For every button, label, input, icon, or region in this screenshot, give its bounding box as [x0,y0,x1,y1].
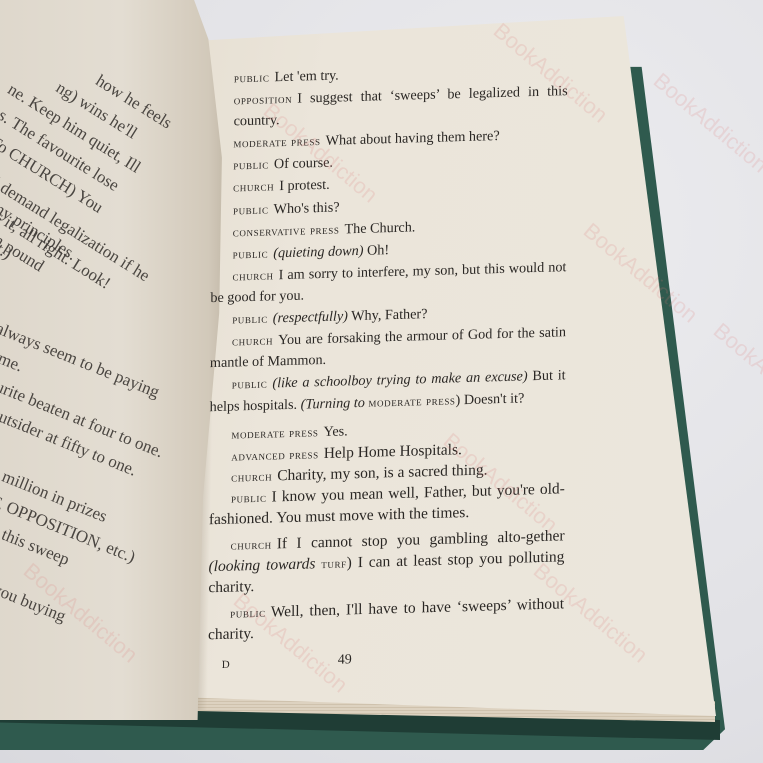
speaker-label: CHURCH [231,468,272,484]
speaker-label: CHURCH [233,179,274,195]
dialogue-text: Oh! [367,242,389,259]
speaker-label: CHURCH [231,536,272,552]
speaker-label: MODERATE PRESS [231,424,318,441]
speaker-label: PUBLIC [232,376,268,392]
stage-direction: (respectfully) [273,308,348,326]
paren: ) [456,393,461,409]
speaker-label: CHURCH [232,267,273,283]
speaker-label: PUBLIC [232,311,268,327]
speaker-label: PUBLIC [231,489,267,505]
stage-direction: (like a schoolboy trying to make an excu… [272,369,527,392]
paren: ) [347,554,352,571]
dialogue-text: I protest. [279,177,330,194]
stage-direction: (Turning to [301,395,365,413]
speaker-label: CHURCH [232,333,273,349]
dialogue-line: PUBLICWell, then, I'll have to have ‘swe… [208,594,564,646]
signature-mark: D [222,655,230,676]
dialogue-text: Why, Father? [351,306,427,324]
speaker-label: PUBLIC [234,69,270,85]
right-page-number: 49 [338,650,352,671]
speaker-label: PUBLIC [233,245,269,261]
speaker-label: PUBLIC [233,157,269,173]
dialogue-text: What about having them here? [326,128,500,149]
dialogue-text: Doesn't it? [464,391,525,409]
stage-direction-name: MODERATE PRESS [368,393,455,410]
dialogue-text: You are forsaking the armour of God for … [210,324,566,371]
stage-direction: (looking towards [208,555,315,575]
speaker-label: PUBLIC [233,201,269,217]
dialogue-line: CHURCHIf I cannot stop you gambling alto… [208,525,564,598]
speaker-label: CONSERVATIVE PRESS [233,221,340,239]
stage-direction: (quieting down) [273,243,363,262]
right-page-text: PUBLICLet 'em try. OPPOSITIONI suggest t… [208,58,568,674]
book-photo: how he feels ng) wins he'll ne. Keep him… [0,0,763,763]
dialogue-text: The Church. [344,219,415,237]
left-page: how he feels ng) wins he'll ne. Keep him… [0,0,230,720]
dialogue-text: Who's this? [274,199,340,217]
dialogue-text: Yes. [324,423,348,440]
stage-direction-name: TURF [321,555,347,571]
speaker-label: MODERATE PRESS [233,133,320,150]
speaker-label: OPPOSITION [234,91,293,108]
dialogue-text: Of course. [274,155,333,173]
dialogue-text: Let 'em try. [274,67,338,85]
left-page-text-bottom: u always seem to be paying not me. Favou… [0,310,231,658]
speaker-label: ADVANCED PRESS [231,446,319,463]
speaker-label: PUBLIC [230,605,266,621]
dialogue-text: Help Home Hospitals. [324,441,462,462]
